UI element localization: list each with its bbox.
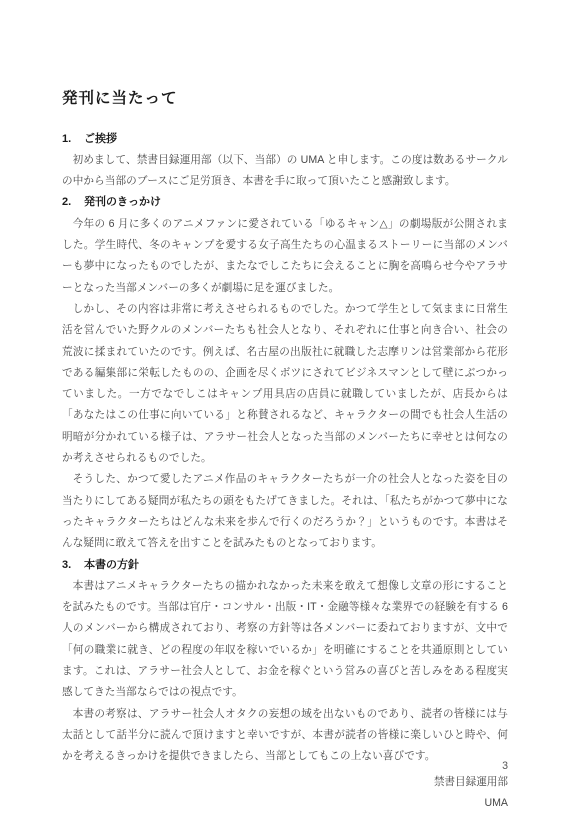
section-heading-label: ご挨拶	[84, 129, 117, 150]
paragraph: 本書の考察は、アラサー社会人オタクの妄想の域を出ないものであり、読者の皆様には与…	[62, 704, 508, 768]
signature-author-name: UMA	[62, 793, 508, 814]
paragraph: 今年の 6 月に多くのアニメファンに愛されている「ゆるキャン△」の劇場版が公開さ…	[62, 214, 508, 299]
section-heading-background: 2. 発刊のきっかけ	[62, 192, 508, 213]
paragraph: 初めまして、禁書目録運用部（以下、当部）の UMA と申します。この度は数あるサ…	[62, 150, 508, 193]
page-number: 3	[502, 756, 508, 777]
paragraph: しかし、その内容は非常に考えさせられるものでした。かつて学生として気ままに日常生…	[62, 299, 508, 469]
section-number: 2.	[62, 192, 77, 213]
page-title: 発刊に当たって	[62, 90, 508, 109]
paragraph: 本書はアニメキャラクターたちの描かれなかった未来を敢えて想像し文章の形にすること…	[62, 576, 508, 704]
section-heading-policy: 3. 本書の方針	[62, 555, 508, 576]
paragraph: そうした、かつて愛したアニメ作品のキャラクターたちが一介の社会人となった姿を目の…	[62, 469, 508, 554]
section-heading-label: 本書の方針	[84, 555, 139, 576]
section-heading-label: 発刊のきっかけ	[84, 192, 161, 213]
signature-block: 禁書目録運用部 UMA	[62, 772, 508, 815]
section-number: 1.	[62, 129, 77, 150]
signature-circle-name: 禁書目録運用部	[62, 772, 508, 793]
document-page: 発刊に当たって 1. ご挨拶 初めまして、禁書目録運用部（以下、当部）の UMA…	[0, 0, 588, 836]
section-heading-greeting: 1. ご挨拶	[62, 129, 508, 150]
section-number: 3.	[62, 555, 77, 576]
